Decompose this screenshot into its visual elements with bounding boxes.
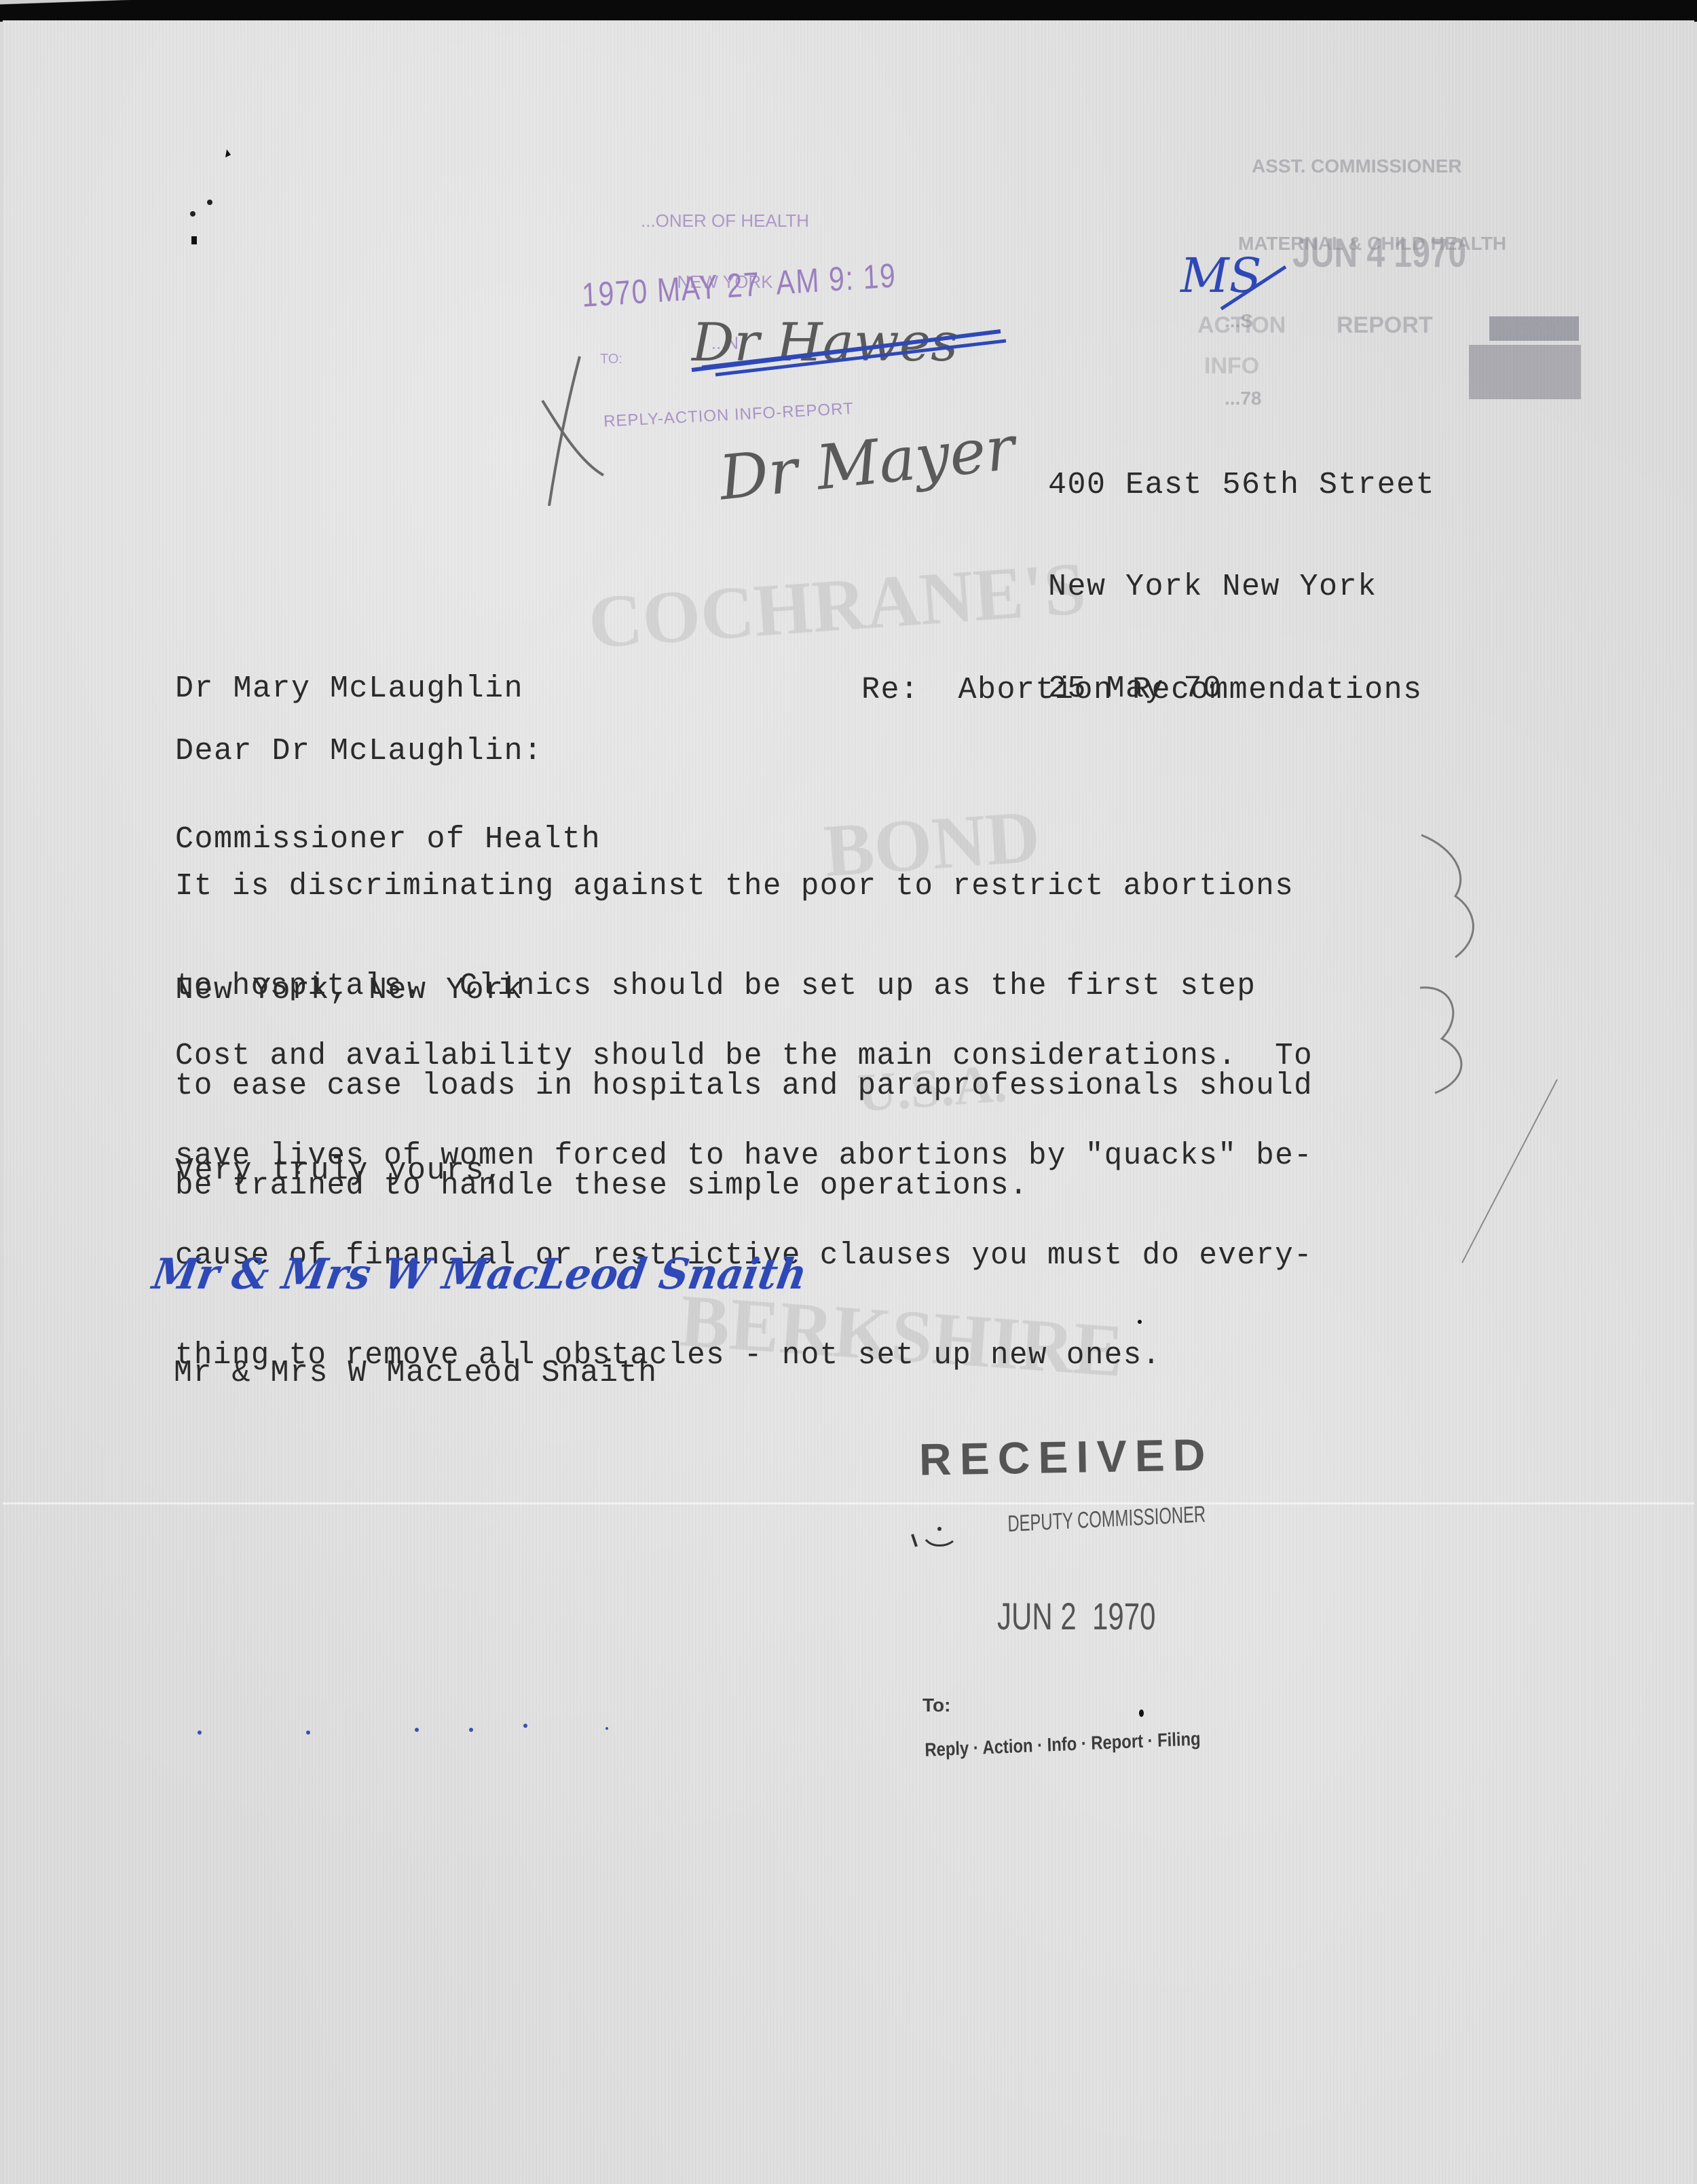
paragraph-line: It is discriminating against the poor to…	[175, 870, 1313, 903]
recipient-name: Dr Mary McLaughlin	[175, 664, 601, 714]
watermark-line: COCHRANE'S	[586, 547, 1088, 663]
received-stamp-title: RECEIVED	[918, 1428, 1214, 1485]
stamp-smudge	[909, 1521, 963, 1548]
subject-line: Re: Abortion Recommendations	[861, 673, 1423, 707]
pencil-x-mark	[539, 353, 614, 509]
stamp-line: ...ONER OF HEALTH	[641, 210, 809, 231]
mch-stamp-date: JUN 4 1970	[1292, 229, 1466, 276]
received-stamp-to: To:	[922, 1695, 950, 1716]
sender-city: New York New York	[1048, 570, 1435, 604]
paragraph-line: Cost and availability should be the main…	[175, 1039, 1313, 1073]
mch-label-action: ACTION	[1197, 312, 1286, 339]
letter-page: COCHRANE'S BOND U.S.A. BERKSHIRE ...ONER…	[3, 20, 1694, 2184]
received-stamp-date: JUN 2 1970	[997, 1594, 1155, 1638]
handwritten-signature: Mr & Mrs W MacLeod Snaith	[149, 1249, 810, 1299]
blue-strikethrough	[688, 326, 1007, 380]
initials-flourish	[1218, 261, 1292, 316]
typed-signature: Mr & Mrs W MacLeod Snaith	[174, 1356, 658, 1390]
salutation: Dear Dr McLaughlin:	[175, 735, 543, 769]
ink-specks	[179, 136, 234, 244]
stamp-line: ASST. COMMISSIONER	[1252, 153, 1506, 179]
mch-label-report: REPORT	[1337, 312, 1433, 339]
ink-dot	[1138, 1320, 1142, 1324]
sender-street: 400 East 56th Street	[1048, 468, 1435, 502]
scan-edge	[0, 0, 1697, 22]
ink-dot	[1139, 1709, 1144, 1717]
closing: Very truly yours,	[175, 1154, 504, 1188]
pencil-margin-brackets	[1415, 821, 1564, 1297]
sender-address: 400 East 56th Street New York New York 2…	[1048, 401, 1435, 774]
mch-filled-box	[1469, 345, 1581, 399]
blue-ink-specks	[186, 1724, 675, 1752]
mch-label-reply: REPLY	[1489, 316, 1579, 341]
received-stamp-routing: Reply · Action · Info · Report · Filing	[925, 1728, 1201, 1761]
mch-label-info: INFO	[1204, 353, 1259, 380]
